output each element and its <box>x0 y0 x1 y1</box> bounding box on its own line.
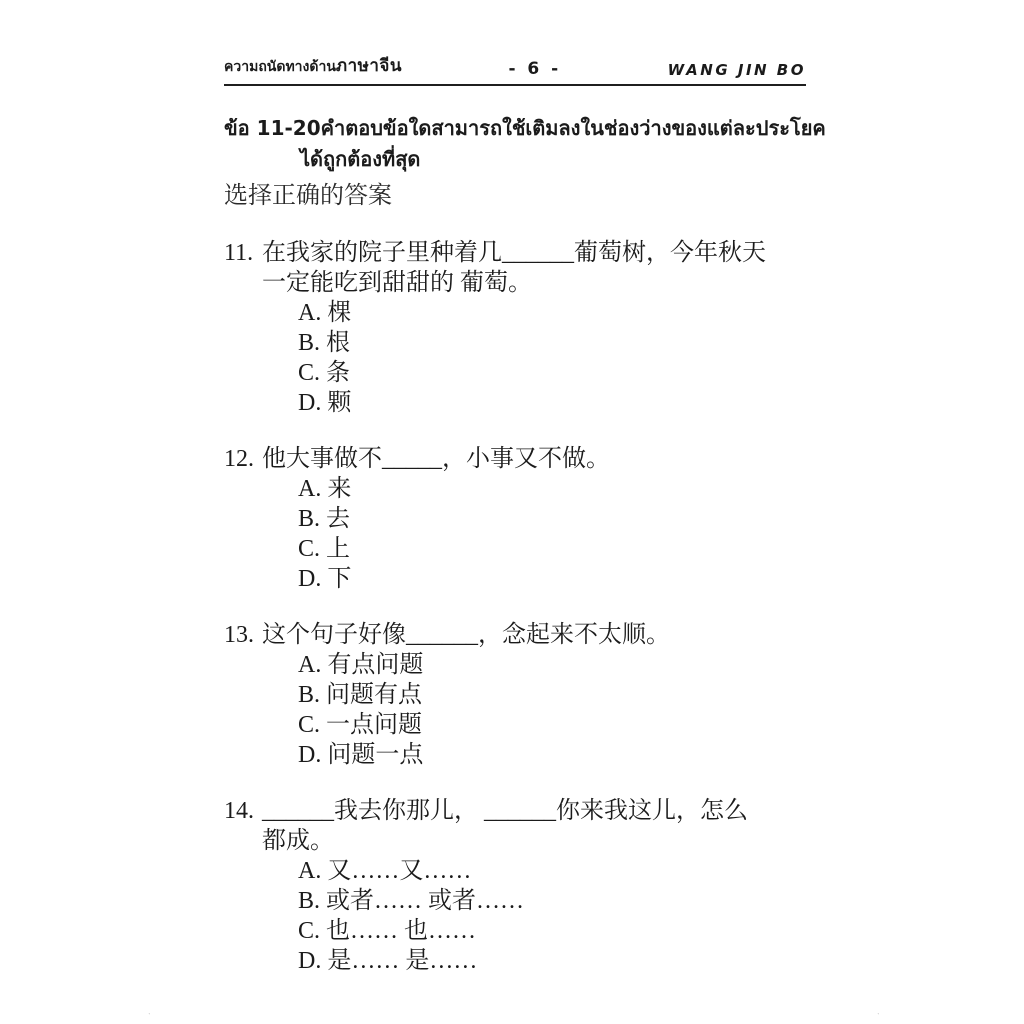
option-label: D. <box>298 742 321 768</box>
option-label: A. <box>298 476 321 502</box>
option-c: C.条 <box>298 358 806 388</box>
option-label: D. <box>298 390 321 416</box>
document-page: ความถนัดทางด้านภาษาจีน - 6 - WANG JIN BO… <box>224 52 806 976</box>
header-author: WANG JIN BO <box>668 61 806 79</box>
instruction-thai-text: คำตอบข้อใดสามารถใช้เติมลงในช่องว่างของแต… <box>321 116 826 140</box>
option-label: B. <box>298 506 320 532</box>
option-label: C. <box>298 918 320 944</box>
option-d: D.下 <box>298 564 806 594</box>
header-title: ความถนัดทางด้านภาษาจีน <box>224 52 402 79</box>
option-d: D.颗 <box>298 388 806 418</box>
question-stem: 12.他大事做不_____，小事又不做。 <box>224 444 806 474</box>
option-d: D.是…… 是…… <box>298 946 806 976</box>
crop-mark-left: ˖ <box>148 1008 151 1017</box>
option-label: A. <box>298 858 321 884</box>
instruction-thai-line2: ได้ถูกต้องที่สุด <box>224 144 806 175</box>
option-a: A.棵 <box>298 298 806 328</box>
header-title-regular: ความถนัดทางด้าน <box>224 59 336 75</box>
option-b: B.去 <box>298 504 806 534</box>
question-number: 12. <box>224 444 262 474</box>
crop-mark-right: ˖ <box>877 1008 880 1017</box>
option-label: D. <box>298 566 321 592</box>
option-label: B. <box>298 330 320 356</box>
question-text-line1: 在我家的院子里种着几______葡萄树，今年秋天 <box>262 240 766 266</box>
question-stem: 11.在我家的院子里种着几______葡萄树，今年秋天 <box>224 238 806 268</box>
option-label: A. <box>298 652 321 678</box>
option-text: 问题有点 <box>326 682 422 708</box>
instructions-block: ข้อ 11-20คำตอบข้อใดสามารถใช้เติมลงในช่อง… <box>224 113 806 212</box>
option-text: 来 <box>327 476 351 502</box>
option-text: 有点问题 <box>327 652 423 678</box>
option-d: D.问题一点 <box>298 740 806 770</box>
question-block-11: 11.在我家的院子里种着几______葡萄树，今年秋天 一定能吃到甜甜的 葡萄。… <box>224 238 806 418</box>
option-text: 去 <box>326 506 350 532</box>
option-text: 一点问题 <box>326 712 422 738</box>
option-a: A.有点问题 <box>298 650 806 680</box>
option-text: 又……又…… <box>327 858 471 884</box>
question-block-14: 14.______我去你那儿， ______你来我这儿，怎么 都成。 A.又……… <box>224 796 806 976</box>
option-c: C.上 <box>298 534 806 564</box>
option-text: 根 <box>326 330 350 356</box>
page-header: ความถนัดทางด้านภาษาจีน - 6 - WANG JIN BO <box>224 52 806 86</box>
question-number: 11. <box>224 238 262 268</box>
question-block-13: 13.这个句子好像______，念起来不太顺。 A.有点问题 B.问题有点 C.… <box>224 620 806 770</box>
option-b: B.根 <box>298 328 806 358</box>
option-c: C.一点问题 <box>298 710 806 740</box>
option-c: C.也…… 也…… <box>298 916 806 946</box>
instruction-thai-line1: ข้อ 11-20คำตอบข้อใดสามารถใช้เติมลงในช่อง… <box>224 113 806 144</box>
option-text: 问题一点 <box>327 742 423 768</box>
option-text: 也…… 也…… <box>326 918 476 944</box>
option-text: 或者…… 或者…… <box>326 888 524 914</box>
option-label: B. <box>298 682 320 708</box>
option-a: A.又……又…… <box>298 856 806 886</box>
options-list: A.有点问题 B.问题有点 C.一点问题 D.问题一点 <box>224 650 806 770</box>
question-text-line1: 这个句子好像______，念起来不太顺。 <box>262 622 670 648</box>
options-list: A.来 B.去 C.上 D.下 <box>224 474 806 594</box>
option-text: 是…… 是…… <box>327 948 477 974</box>
instruction-item-range: ข้อ 11-20 <box>224 113 321 144</box>
question-number: 13. <box>224 620 262 650</box>
question-number: 14. <box>224 796 262 826</box>
question-text-line1: 他大事做不_____，小事又不做。 <box>262 446 610 472</box>
options-list: A.又……又…… B.或者…… 或者…… C.也…… 也…… D.是…… 是…… <box>224 856 806 976</box>
option-label: D. <box>298 948 321 974</box>
option-text: 上 <box>326 536 350 562</box>
option-a: A.来 <box>298 474 806 504</box>
option-b: B.或者…… 或者…… <box>298 886 806 916</box>
question-block-12: 12.他大事做不_____，小事又不做。 A.来 B.去 C.上 D.下 <box>224 444 806 594</box>
option-label: C. <box>298 536 320 562</box>
option-text: 条 <box>326 360 350 386</box>
question-text-line2: 一定能吃到甜甜的 葡萄。 <box>224 268 806 298</box>
question-text-line2: 都成。 <box>224 826 806 856</box>
header-title-bold: ภาษาจีน <box>336 56 402 76</box>
question-stem: 13.这个句子好像______，念起来不太顺。 <box>224 620 806 650</box>
option-text: 颗 <box>327 390 351 416</box>
instruction-chinese: 选择正确的答案 <box>224 181 806 212</box>
option-b: B.问题有点 <box>298 680 806 710</box>
option-label: B. <box>298 888 320 914</box>
option-text: 棵 <box>327 300 351 326</box>
option-label: A. <box>298 300 321 326</box>
options-list: A.棵 B.根 C.条 D.颗 <box>224 298 806 418</box>
option-label: C. <box>298 360 320 386</box>
option-text: 下 <box>327 566 351 592</box>
question-text-line1: ______我去你那儿， ______你来我这儿，怎么 <box>262 798 748 824</box>
question-stem: 14.______我去你那儿， ______你来我这儿，怎么 <box>224 796 806 826</box>
option-label: C. <box>298 712 320 738</box>
page-number: - 6 - <box>508 59 561 79</box>
